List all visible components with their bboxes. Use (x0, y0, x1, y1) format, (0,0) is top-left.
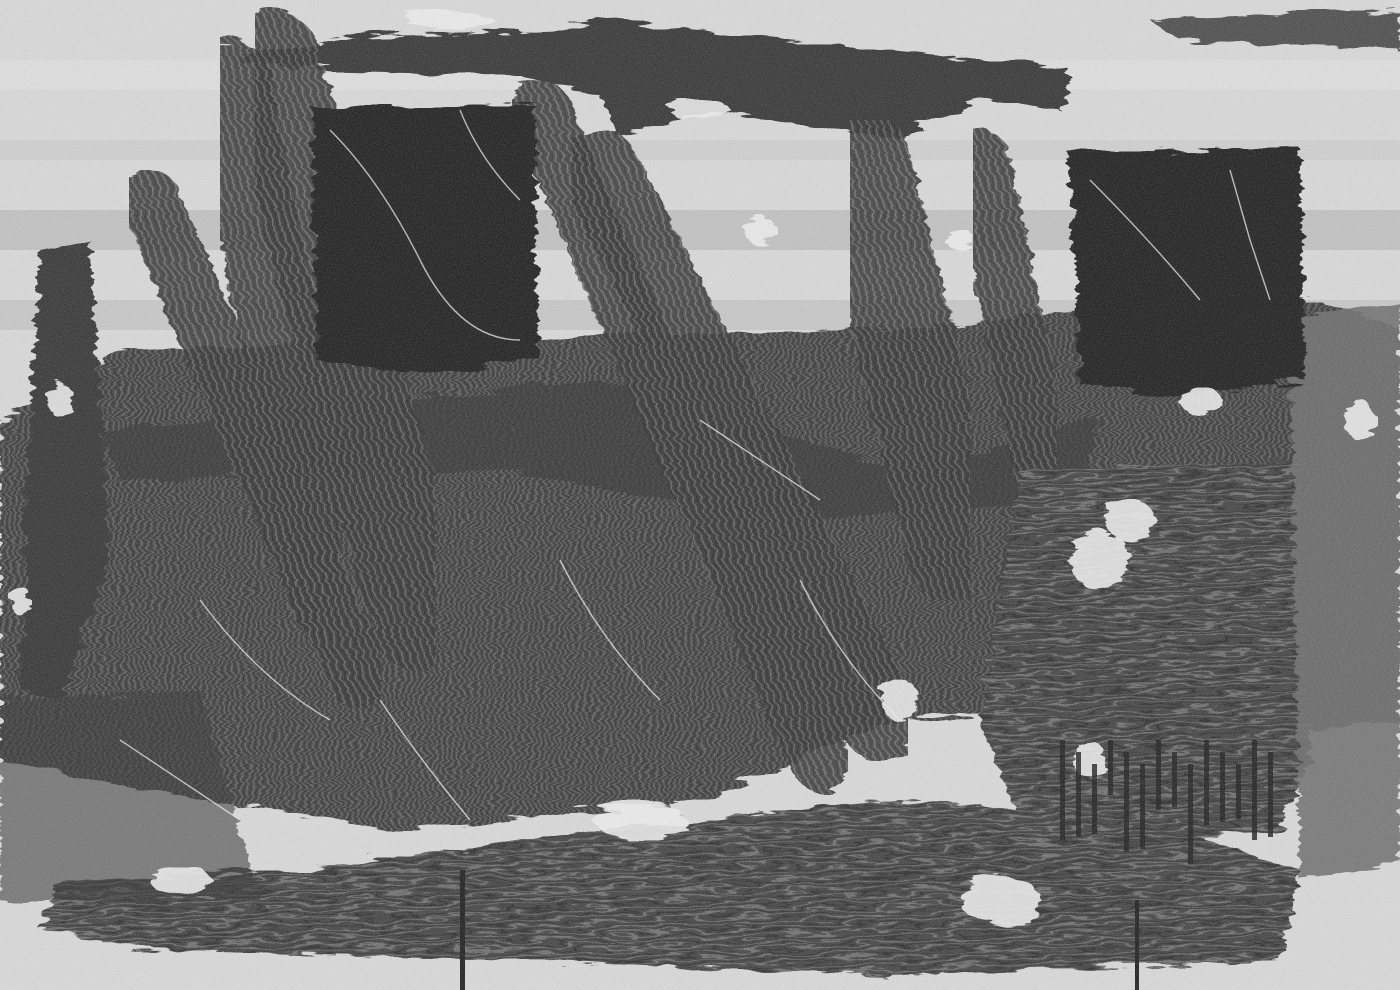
abstract-artwork (0, 0, 1400, 990)
artwork-drawing (0, 0, 1400, 990)
film-grain (0, 0, 1400, 990)
